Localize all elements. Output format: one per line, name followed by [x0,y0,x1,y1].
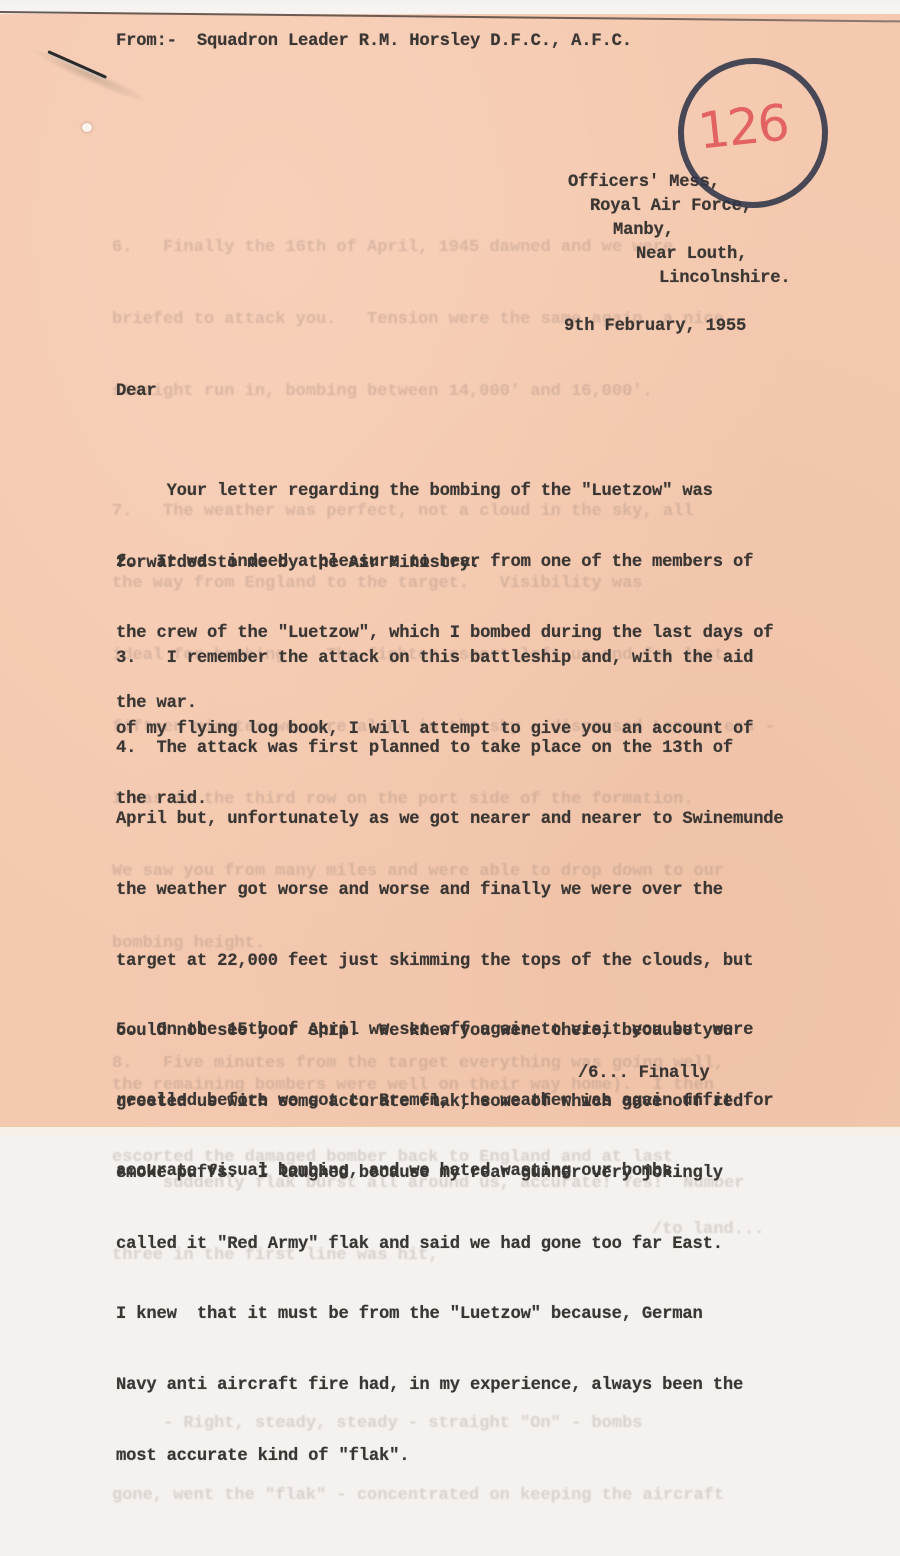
continuation-marker: /6... Finally [578,1064,709,1083]
paragraph-5: 5. On the 15th of April we set off again… [116,972,773,1134]
from-line: From:- Squadron Leader R.M. Horsley D.F.… [116,32,632,51]
letter-date: 9th February, 1955 [564,317,746,336]
staple-shadow [27,43,151,109]
address-line: Near Louth, [636,245,747,264]
letter-page: 6. Finally the 16th of April, 1945 dawne… [0,6,900,1128]
reference-stamp-number: 126 [695,93,790,160]
address-line: Manby, [613,221,674,240]
page-bottom-edge [0,1126,900,1134]
address-line: Lincolnshire. [659,269,790,288]
pin-hole-icon [82,123,92,132]
salutation: Dear [116,382,156,401]
